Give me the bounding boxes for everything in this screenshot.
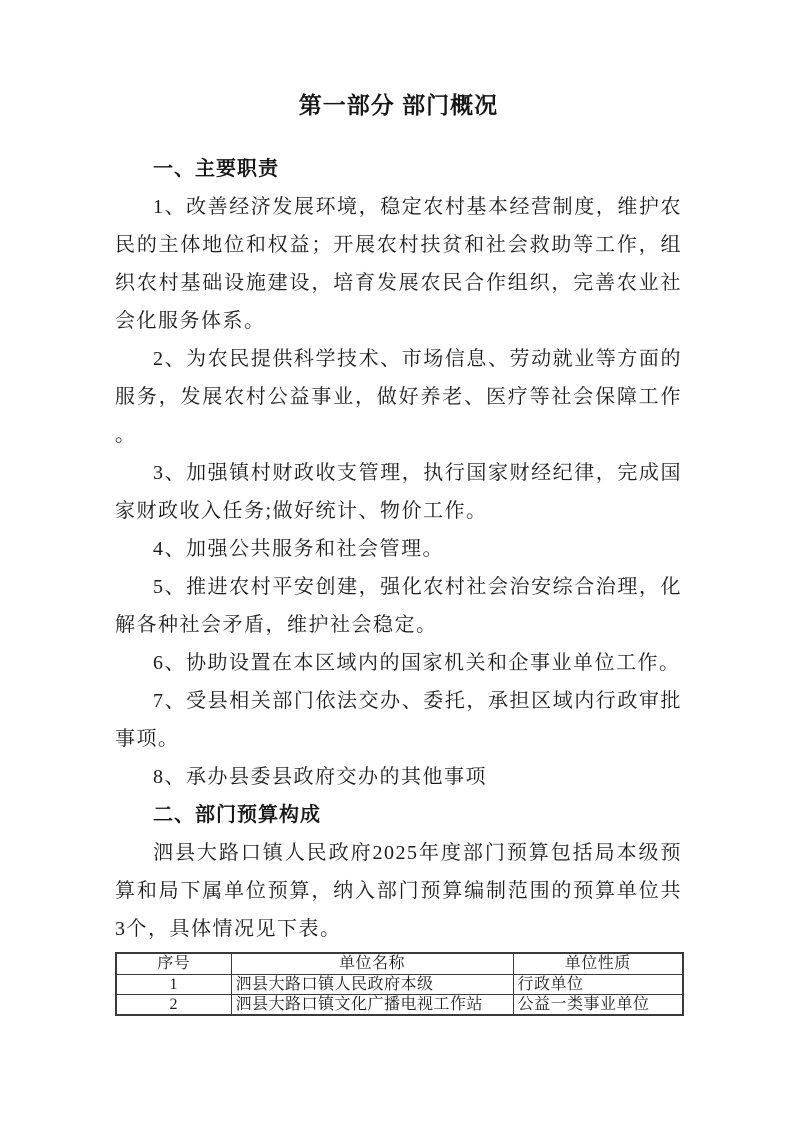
table-cell-name: 泗县大路口镇文化广播电视工作站: [231, 994, 513, 1015]
document-body: 一、主要职责 1、改善经济发展环境，稳定农村基本经营制度，维护农民的主体地位和权…: [115, 150, 682, 1016]
table-header-index: 序号: [116, 953, 231, 974]
section-2-heading: 二、部门预算构成: [115, 796, 682, 834]
section-1-paragraph-5: 5、推进农村平安创建，强化农村社会治安综合治理，化解各种社会矛盾，维护社会稳定。: [115, 568, 682, 644]
document-title: 第一部分 部门概况: [115, 88, 682, 122]
table-header-name: 单位名称: [231, 953, 513, 974]
table-row: 1 泗县大路口镇人民政府本级 行政单位: [116, 974, 683, 994]
section-2-paragraph-1: 泗县大路口镇人民政府2025年度部门预算包括局本级预算和局下属单位预算，纳入部门…: [115, 834, 682, 948]
table-cell-index: 2: [116, 994, 231, 1015]
budget-units-table: 序号 单位名称 单位性质 1 泗县大路口镇人民政府本级 行政单位 2 泗县大路口…: [115, 952, 684, 1016]
table-header-nature: 单位性质: [513, 953, 683, 974]
table-cell-index: 1: [116, 974, 231, 994]
table-cell-nature: 公益一类事业单位: [513, 994, 683, 1015]
table-header-row: 序号 单位名称 单位性质: [116, 953, 683, 974]
section-1-paragraph-7: 7、受县相关部门依法交办、委托，承担区域内行政审批事项。: [115, 682, 682, 758]
table-cell-name: 泗县大路口镇人民政府本级: [231, 974, 513, 994]
section-1-paragraph-8: 8、承办县委县政府交办的其他事项: [115, 758, 682, 796]
section-1-heading: 一、主要职责: [115, 150, 682, 188]
section-1-paragraph-4: 4、加强公共服务和社会管理。: [115, 530, 682, 568]
section-1-paragraph-1: 1、改善经济发展环境，稳定农村基本经营制度，维护农民的主体地位和权益；开展农村扶…: [115, 188, 682, 340]
section-1-paragraph-3: 3、加强镇村财政收支管理，执行国家财经纪律，完成国家财政收入任务;做好统计、物价…: [115, 454, 682, 530]
table-row: 2 泗县大路口镇文化广播电视工作站 公益一类事业单位: [116, 994, 683, 1015]
document-page: 第一部分 部门概况 一、主要职责 1、改善经济发展环境，稳定农村基本经营制度，维…: [0, 0, 793, 1122]
section-1-paragraph-2: 2、为农民提供科学技术、市场信息、劳动就业等方面的服务，发展农村公益事业，做好养…: [115, 340, 682, 454]
table-cell-nature: 行政单位: [513, 974, 683, 994]
section-1-paragraph-6: 6、协助设置在本区域内的国家机关和企事业单位工作。: [115, 644, 682, 682]
